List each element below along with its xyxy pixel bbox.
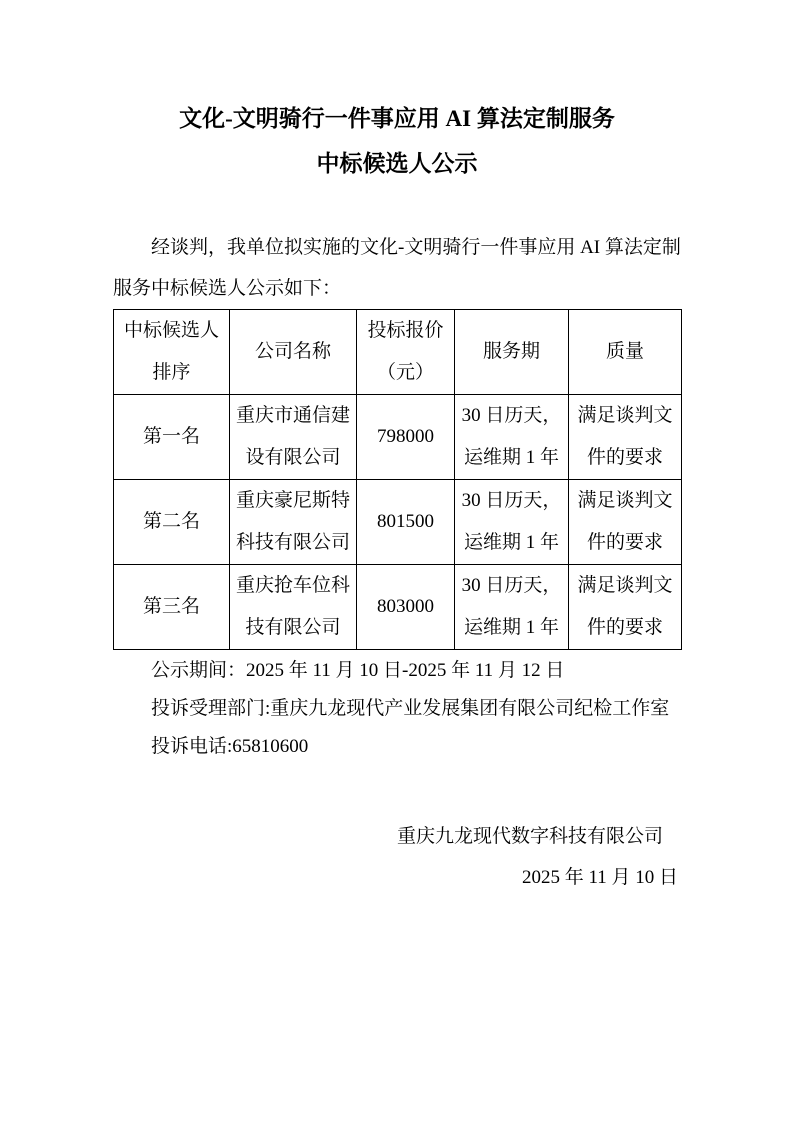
footer-notes: 公示期间：2025 年 11 月 10 日-2025 年 11 月 12 日 投… — [113, 652, 681, 766]
header-company: 公司名称 — [230, 310, 357, 395]
publicity-period: 公示期间：2025 年 11 月 10 日-2025 年 11 月 12 日 — [113, 652, 681, 690]
signature-block: 重庆九龙现代数字科技有限公司 2025 年 11 月 10 日 — [113, 816, 681, 898]
cell-company: 重庆豪尼斯特 科技有限公司 — [230, 480, 357, 565]
signature-company: 重庆九龙现代数字科技有限公司 — [113, 816, 681, 857]
cell-rank: 第二名 — [114, 480, 230, 565]
cell-period: 30 日历天， 运维期 1 年 — [455, 565, 569, 650]
cell-period: 30 日历天， 运维期 1 年 — [455, 480, 569, 565]
document-page: 文化-文明骑行一件事应用 AI 算法定制服务 中标候选人公示 经谈判，我单位拟实… — [0, 0, 793, 1122]
cell-rank: 第三名 — [114, 565, 230, 650]
signature-date: 2025 年 11 月 10 日 — [113, 857, 681, 898]
cell-price: 801500 — [357, 480, 455, 565]
cell-price: 803000 — [357, 565, 455, 650]
document-title: 文化-文明骑行一件事应用 AI 算法定制服务 中标候选人公示 — [113, 96, 681, 186]
header-price: 投标报价 （元） — [357, 310, 455, 395]
cell-quality: 满足谈判文 件的要求 — [569, 565, 682, 650]
cell-quality: 满足谈判文 件的要求 — [569, 480, 682, 565]
header-rank: 中标候选人 排序 — [114, 310, 230, 395]
intro-paragraph: 经谈判，我单位拟实施的文化-文明骑行一件事应用 AI 算法定制 服务中标候选人公… — [113, 227, 681, 309]
cell-quality: 满足谈判文 件的要求 — [569, 395, 682, 480]
cell-rank: 第一名 — [114, 395, 230, 480]
cell-company: 重庆抢车位科 技有限公司 — [230, 565, 357, 650]
header-period: 服务期 — [455, 310, 569, 395]
table-header-row: 中标候选人 排序 公司名称 投标报价 （元） 服务期 质量 — [114, 310, 682, 395]
table-row: 第三名 重庆抢车位科 技有限公司 803000 30 日历天， 运维期 1 年 … — [114, 565, 682, 650]
cell-company: 重庆市通信建 设有限公司 — [230, 395, 357, 480]
header-quality: 质量 — [569, 310, 682, 395]
complaint-phone: 投诉电话:65810600 — [113, 728, 681, 766]
title-line-2: 中标候选人公示 — [113, 141, 681, 186]
table-row: 第一名 重庆市通信建 设有限公司 798000 30 日历天， 运维期 1 年 … — [114, 395, 682, 480]
bid-candidates-table: 中标候选人 排序 公司名称 投标报价 （元） 服务期 质量 第一名 重庆市通信建… — [113, 309, 682, 650]
cell-period: 30 日历天， 运维期 1 年 — [455, 395, 569, 480]
title-line-1: 文化-文明骑行一件事应用 AI 算法定制服务 — [113, 96, 681, 141]
complaint-department: 投诉受理部门:重庆九龙现代产业发展集团有限公司纪检工作室 — [113, 690, 681, 728]
cell-price: 798000 — [357, 395, 455, 480]
table-row: 第二名 重庆豪尼斯特 科技有限公司 801500 30 日历天， 运维期 1 年… — [114, 480, 682, 565]
